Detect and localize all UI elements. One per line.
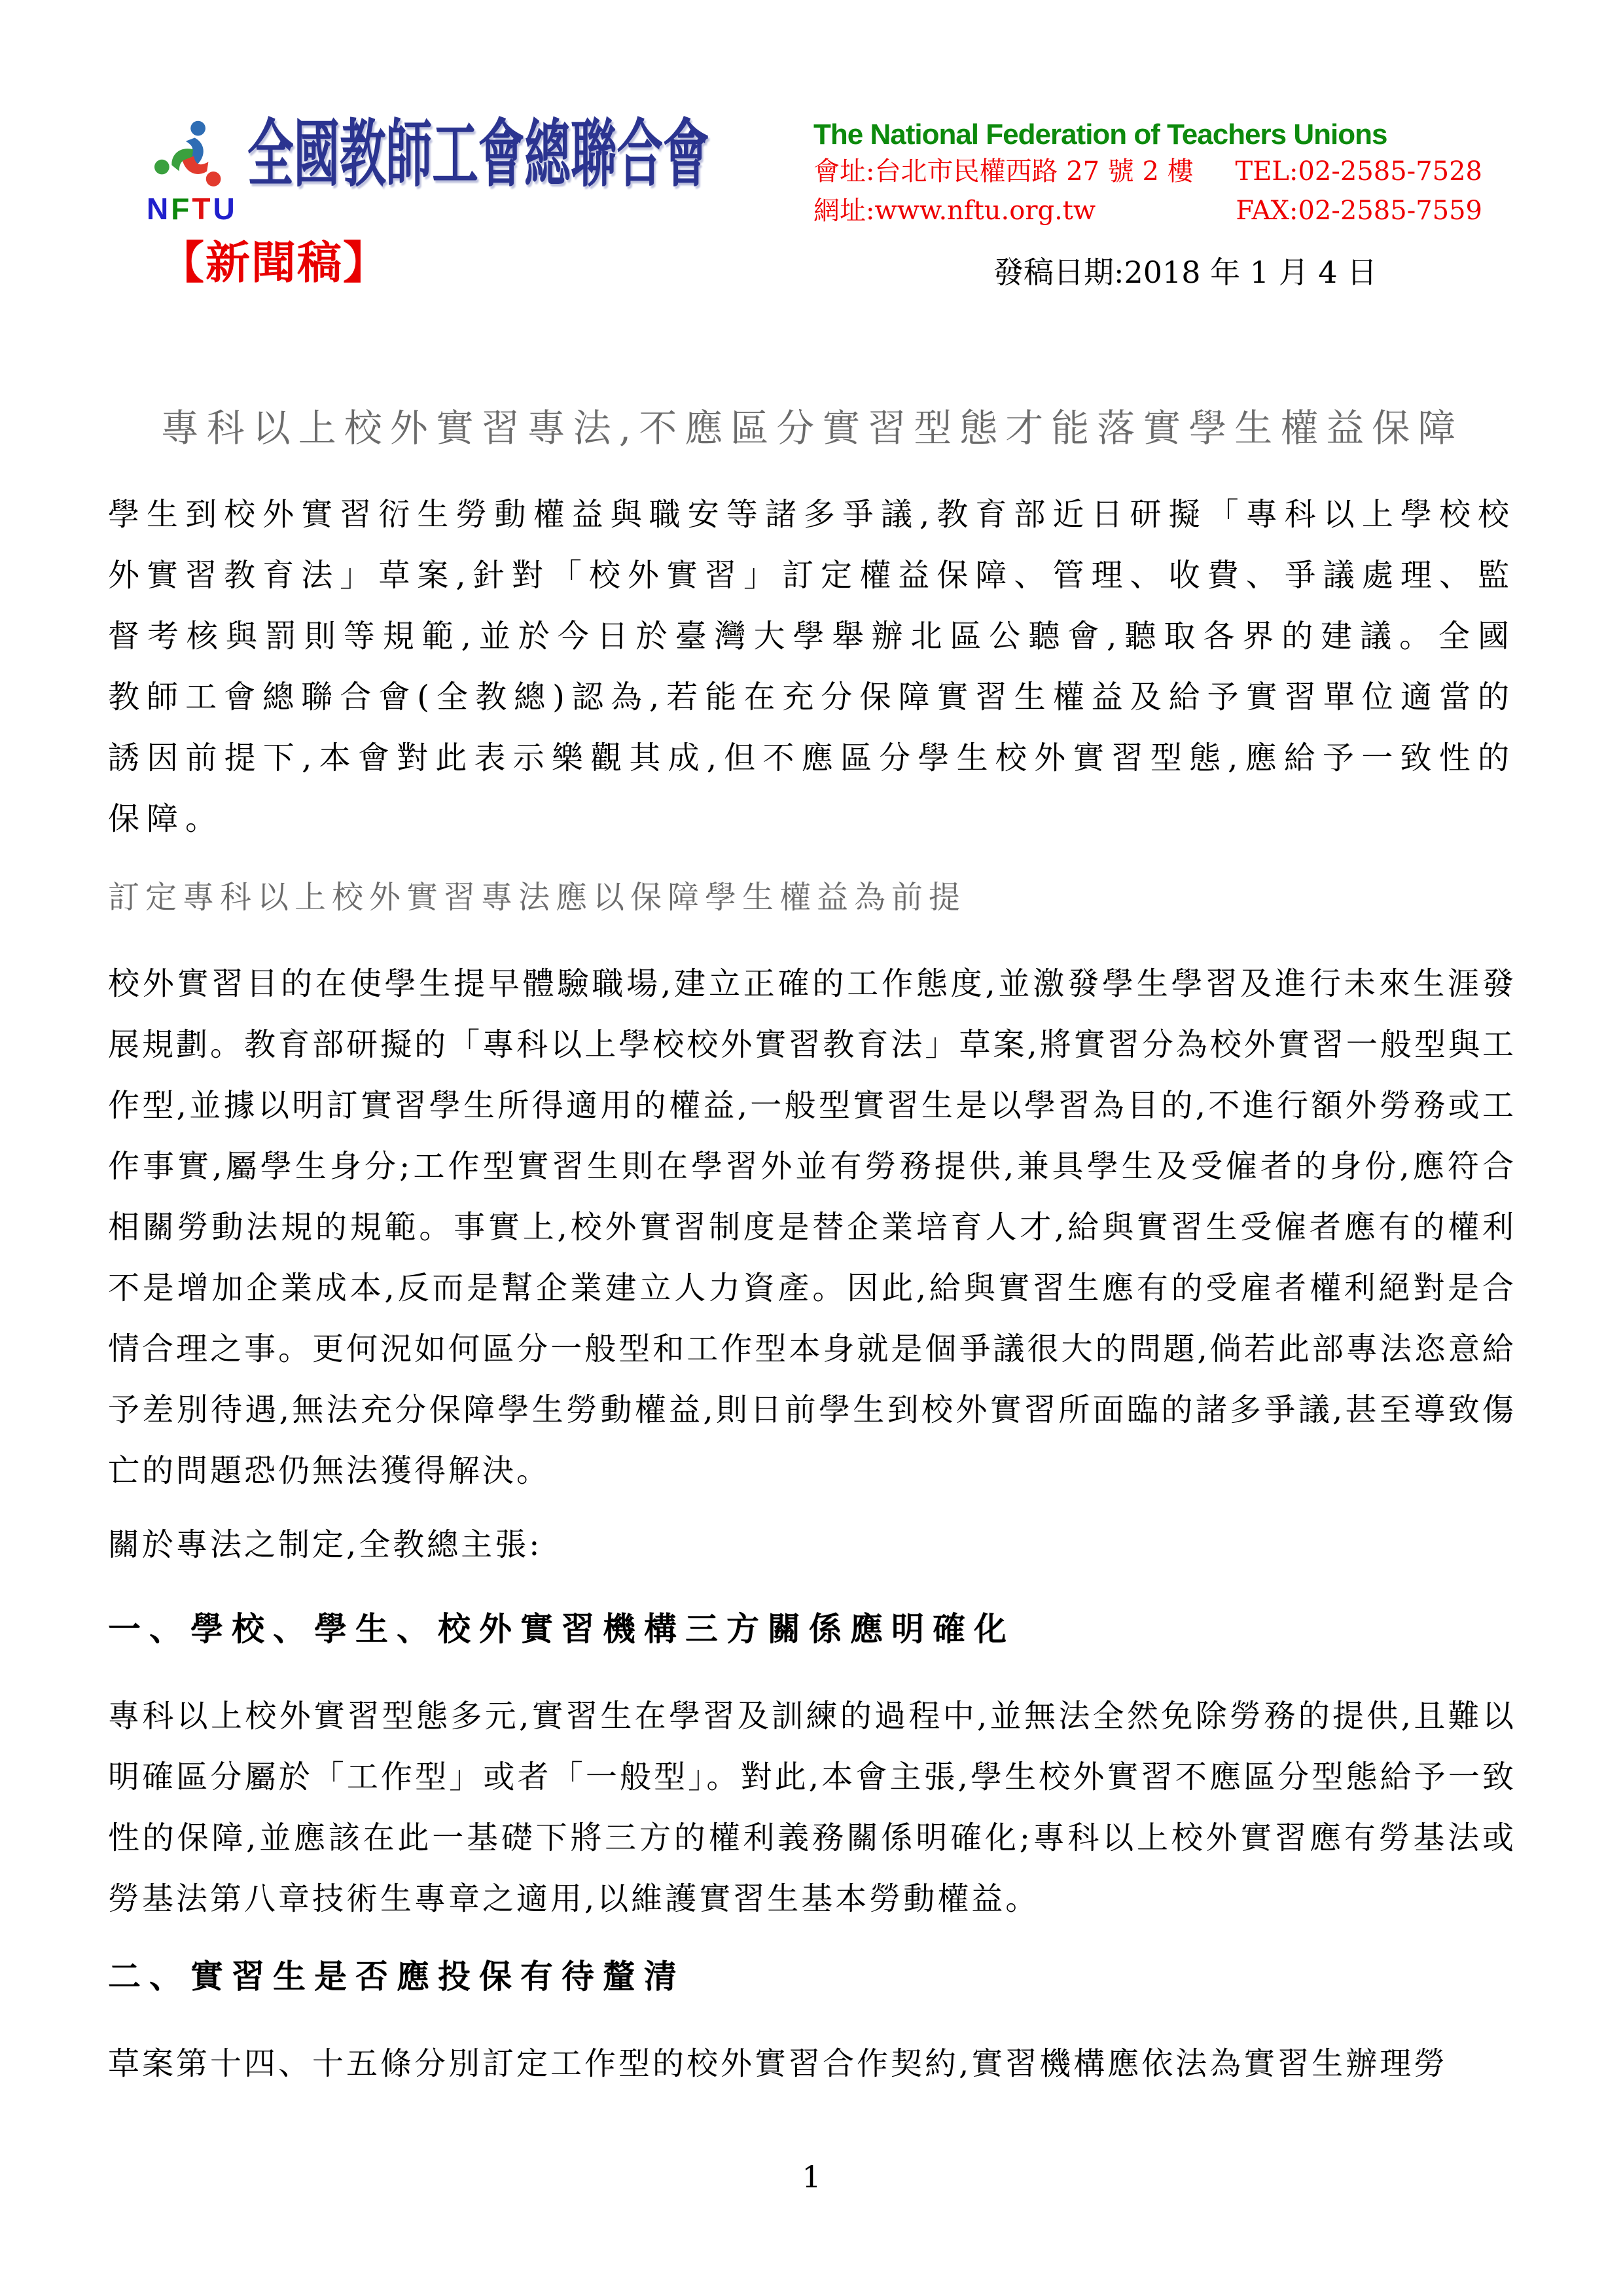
document-body: 專科以上校外實習專法,不應區分實習型態才能落實學生權益保障 學生到校外實習衍生勞… <box>108 404 1516 2094</box>
paragraph-position-intro: 關於專法之制定,全教總主張: <box>108 1515 1516 1575</box>
org-name-zh: 全國教師工會總聯合會 <box>247 113 709 196</box>
fax-text: FAX:02-2585-7559 <box>1236 196 1482 225</box>
paragraph-section-2: 草案第十四、十五條分別訂定工作型的校外實習合作契約,實習機構應依法為實習生辦理勞 <box>108 2034 1516 2094</box>
section-subheading-gray: 訂定專科以上校外實習專法應以保障學生權益為前提 <box>108 877 1516 918</box>
document-title: 專科以上校外實習專法,不應區分實習型態才能落實學生權益保障 <box>108 404 1516 452</box>
page-number: 1 <box>0 2160 1623 2194</box>
address-text: 會址:台北市民權西路 27 號 2 樓 <box>813 157 1194 186</box>
website-text: 網址:www.nftu.org.tw <box>813 196 1096 225</box>
nftu-letter: F <box>171 192 192 226</box>
paragraph-intro: 學生到校外實習衍生勞動權益與職安等諸多爭議,教育部近日研擬「專科以上學校校外實習… <box>108 484 1516 850</box>
press-release-page: NFTU 全國教師工會總聯合會 The National Federation … <box>0 0 1623 2296</box>
nftu-letter: T <box>192 192 213 226</box>
tel-text: TEL:02-2585-7528 <box>1236 157 1482 186</box>
nftu-logo-icon <box>145 115 237 198</box>
paragraph-main: 校外實習目的在使學生提早體驗職場,建立正確的工作態度,並激發學生學習及進行未來生… <box>108 954 1516 1501</box>
nftu-letter: U <box>213 192 237 226</box>
contact-line-1: 會址:台北市民權西路 27 號 2 樓 TEL:02-2585-7528 <box>813 157 1482 186</box>
release-date: 發稿日期:2018 年 1 月 4 日 <box>993 255 1377 289</box>
nftu-acronym: NFTU <box>147 194 238 224</box>
press-release-badge: 【新聞稿】 <box>160 236 389 291</box>
nftu-letter: N <box>147 192 171 226</box>
contact-line-2: 網址:www.nftu.org.tw FAX:02-2585-7559 <box>813 196 1482 225</box>
paragraph-section-1: 專科以上校外實習型態多元,實習生在學習及訓練的過程中,並無法全然免除勞務的提供,… <box>108 1686 1516 1929</box>
section-heading-2: 二、實習生是否應投保有待釐清 <box>108 1956 1516 1998</box>
section-heading-1: 一、學校、學生、校外實習機構三方關係應明確化 <box>108 1608 1516 1650</box>
org-name-en: The National Federation of Teachers Unio… <box>813 120 1387 149</box>
